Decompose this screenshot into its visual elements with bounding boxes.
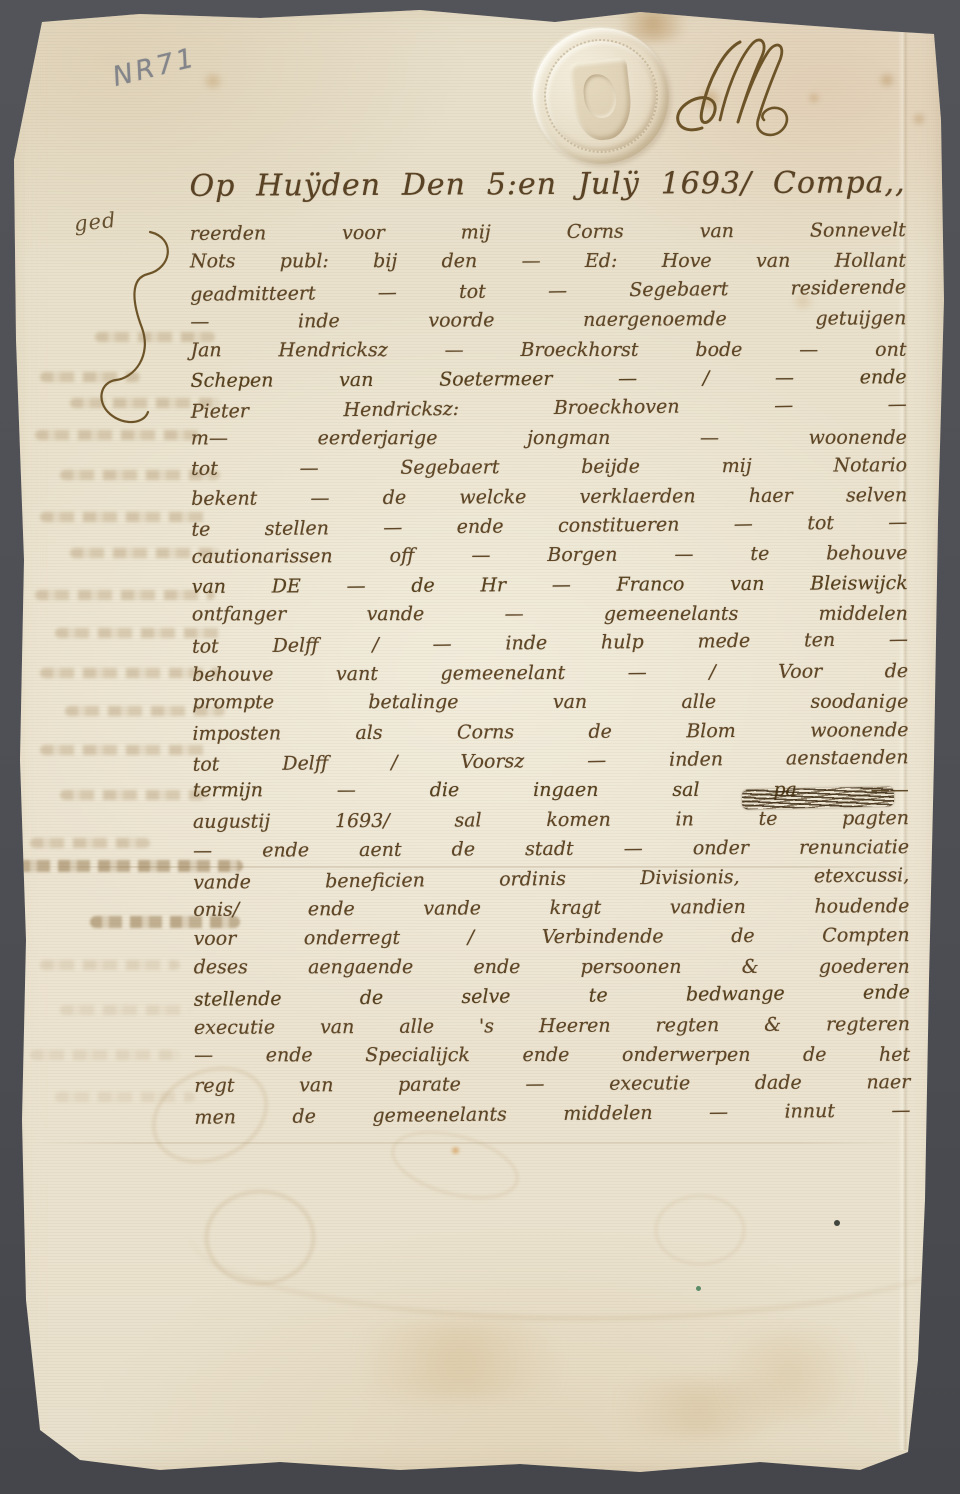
verso-show-through (90, 916, 240, 928)
manuscript-heading: Op Huÿden Den 5:en Julÿ 1693/ Compa,, (189, 154, 905, 220)
verso-show-through (55, 628, 225, 638)
verso-show-through (35, 590, 215, 600)
foxing-spot (876, 72, 898, 88)
verso-show-through (95, 332, 215, 342)
crease-line (30, 866, 920, 868)
green-speck (696, 1286, 701, 1291)
manuscript-line: behouve vant gemeenelant — / Voor de (192, 657, 908, 690)
verso-show-through (65, 706, 225, 716)
margin-registration-mark: ged (73, 208, 118, 236)
pencil-inventory-number: NR71 (110, 42, 200, 93)
stain (700, 1330, 880, 1420)
foxing-spot (910, 112, 928, 126)
manuscript-line: — ende aent de stadt — onder renunciatie (193, 833, 909, 866)
verso-show-through (60, 790, 210, 800)
manuscript-line: Nots publ: bij den — Ed: Hove van Hollan… (190, 247, 906, 277)
manuscript-text: Op Huÿden Den 5:en Julÿ 1693/ Compa,, re… (189, 154, 910, 1131)
verso-show-through (30, 1050, 180, 1060)
verso-show-through (40, 960, 180, 970)
verso-flourish (190, 1150, 960, 1320)
manuscript-line: prompte betalinge van alle soodanige (192, 688, 908, 718)
manuscript-line: geadmitteert — tot — Segebaert resideren… (190, 273, 906, 310)
stain (590, 1380, 810, 1440)
stain (320, 1320, 600, 1400)
manuscript-line: tot Delff / — inde hulp mede ten — (192, 626, 908, 663)
manuscript-line: van DE — de Hr — Franco van Bleiswijck (192, 569, 908, 602)
manuscript-line: vande beneficien ordinis Divisionis, ete… (193, 861, 909, 898)
manuscript-line: ontfanger vande — gemeenelants middelen (192, 600, 908, 630)
manuscript-line: bekent — de welcke verklaerden haer selv… (191, 481, 907, 514)
ink-scribble-redaction (742, 786, 894, 809)
manuscript-line: Schepen van Soetermeer — / — ende (191, 363, 907, 396)
manuscript-line: tot Delff / Voorsz — inden aenstaenden (192, 743, 908, 780)
verso-show-through (18, 860, 243, 872)
dark-speck (834, 1220, 840, 1226)
verso-flourish (137, 1049, 284, 1181)
verso-show-through (60, 1005, 190, 1015)
manuscript-line: reerden voor mij Corns van Sonnevelt (190, 216, 906, 249)
manuscript-line: onis/ ende vande kragt vandien houdende (193, 892, 909, 925)
manuscript-line: executie van alle 's Heeren regten & reg… (194, 1010, 910, 1043)
manuscript-line: termijn — die ingaen sal pa —— (193, 776, 909, 806)
manuscript-line: Jan Hendricksz — Broeckhorst bode — ont (190, 335, 906, 365)
margin-flourish (88, 228, 188, 453)
manuscript-line: voor onderregt / Verbindende de Compten (193, 921, 909, 954)
manuscript-line: stellende de selve te bedwange ende (194, 978, 910, 1015)
manuscript-line: — ende Specialijck ende onderwerpen de h… (194, 1041, 910, 1071)
manuscript-line: cautionarissen off — Borgen — te behouve (191, 539, 907, 572)
foxing-spot (200, 72, 226, 90)
foxing-spot (806, 92, 822, 104)
verso-show-through (60, 470, 220, 480)
verso-show-through (55, 1092, 195, 1102)
manuscript-line: m— eerderjarige jongman — woonende (191, 423, 907, 453)
verso-show-through (40, 745, 210, 755)
verso-show-through (30, 838, 150, 848)
verso-show-through (40, 372, 140, 382)
verso-show-through (35, 430, 205, 440)
manuscript-line: Pieter Hendricksz: Broeckhoven — — (191, 391, 907, 428)
notary-monogram-flourish (668, 32, 818, 142)
stain (695, 88, 725, 110)
crease-line (30, 1142, 910, 1144)
foxing-spot (790, 292, 816, 310)
manuscript-line: te stellen — ende constitueren — tot — (191, 508, 907, 545)
verso-flourish (205, 1190, 315, 1285)
verso-show-through (40, 668, 220, 678)
verso-show-through (40, 512, 210, 522)
verso-flourish (384, 1119, 525, 1211)
stain (608, 2, 698, 42)
manuscript-line: augustij 1693/ sal komen in te pagten (193, 804, 909, 837)
seal-lion-shield (568, 57, 634, 143)
manuscript-line: imposten als Corns de Blom woonende (192, 716, 908, 749)
verso-show-through (70, 548, 220, 558)
seal-legend-ring (538, 33, 663, 158)
photo-backdrop: NR71 ged Op Huÿden Den 5:en Julÿ 1693/ C… (0, 0, 960, 1494)
verso-show-through (70, 398, 220, 408)
manuscript-line: tot — Segebaert beijde mij Notario (191, 451, 907, 484)
embossed-paper-seal (526, 21, 675, 170)
fold-highlight (898, 30, 908, 1450)
manuscript-line: deses aengaende ende persoonen & goedere… (194, 952, 910, 982)
ink-dot (450, 1146, 461, 1155)
manuscript-line: regt van parate — executie dade naer (194, 1068, 910, 1101)
manuscript-page: NR71 ged Op Huÿden Den 5:en Julÿ 1693/ C… (0, 0, 960, 1494)
manuscript-line: — inde voorde naergenoemde getuijgen (190, 304, 906, 337)
verso-flourish (655, 1195, 745, 1265)
manuscript-line: men de gemeenelants middelen — innut — (194, 1096, 910, 1133)
